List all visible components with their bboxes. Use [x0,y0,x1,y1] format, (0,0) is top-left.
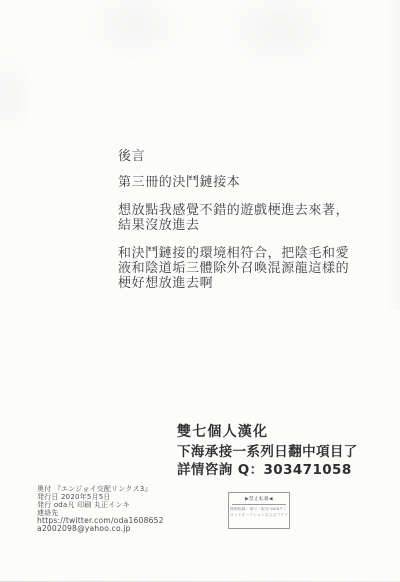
afterword-paragraph2-line3: 梗好想放進去啊 [118,276,213,291]
afterword-page: 後言 第三冊的決鬥鏈接本 想放點我感覺不錯的遊戲梗進去來著， 結果沒放進去 和決… [0,0,400,582]
afterword-paragraph1-line2: 結果沒放進去 [118,218,200,233]
afterword-paragraph1-line1: 想放點我感覺不錯的遊戲梗進去來著， [118,203,349,218]
afterword-heading: 後言 [118,149,145,164]
notice-line1: 無断転載・複写・配布 WEBサイトアップロード [230,507,288,512]
promo-group-name: 雙七個人漢化 [177,421,268,441]
scan-smudge [220,0,340,75]
colophon-issue-date: 発行日 2020年5月5日 [37,493,164,501]
scan-smudge [0,50,35,140]
afterword-paragraph2-line1: 和決鬥鏈接的環境相符合，把陰毛和愛 [118,246,349,261]
promo-service-line: 下海承接一系列日翻中項目了 [177,440,358,460]
no-reproduction-notice-box: ▶禁止転載◀ 無断転載・複写・配布 WEBサイトアップロード ネットオークション… [228,492,290,529]
colophon: 奥付 『エンジョイ交配リンクス3』 発行日 2020年5月5日 発行 oda凡 … [37,485,164,534]
notice-line2: ネットオークションおよびフリマアプリでの転売の禁止 [230,513,288,518]
scan-edge-shading [386,0,400,310]
colophon-title-line: 奥付 『エンジョイ交配リンクス3』 [37,485,164,493]
scan-smudge [80,0,190,65]
afterword-title-line: 第三冊的決鬥鏈接本 [118,175,240,190]
colophon-email: a2002098@yahoo.co.jp [37,525,164,533]
promo-contact-line: 詳情咨詢 Q：303471058 [177,458,352,478]
afterword-paragraph2-line2: 液和陰道垢三體除外召喚混源龍這樣的 [118,261,349,276]
notice-header: ▶禁止転載◀ [232,493,286,505]
